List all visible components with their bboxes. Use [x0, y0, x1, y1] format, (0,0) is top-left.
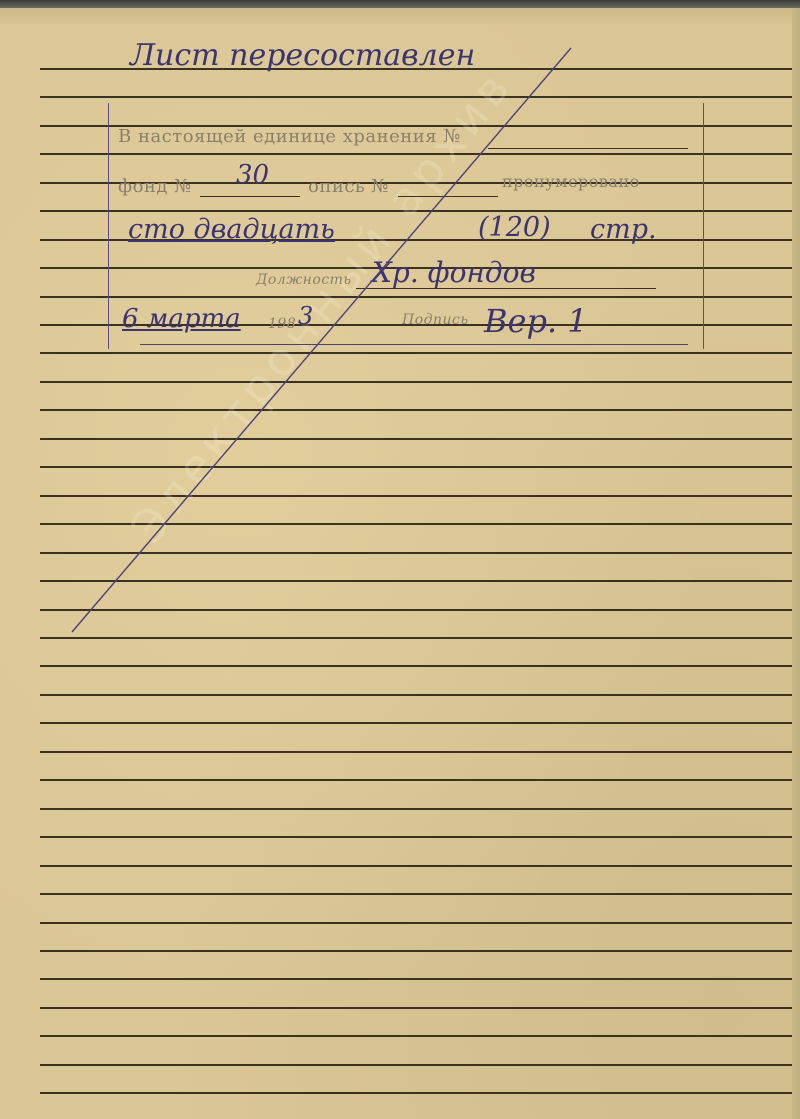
diagonal-strike-line — [0, 0, 800, 1119]
